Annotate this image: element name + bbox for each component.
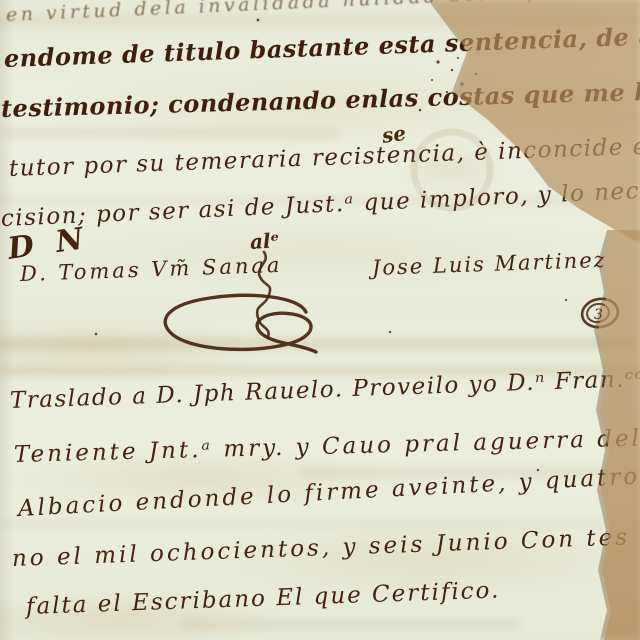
decree-line-2: Teniente Jnt.ᵃ mry. y Cauo pral aguerra … — [14, 426, 640, 468]
bleedthrough-band — [0, 338, 640, 349]
decree-line-4: no el mil ochocientos, y seis Junio Con … — [12, 524, 631, 572]
bleedthrough-band — [180, 620, 520, 629]
bleedthrough-band — [0, 128, 340, 138]
decree-line-5: falta el Escribano El que Certifico. — [26, 577, 501, 620]
manuscript-photo: en virtud dela invalidada nulidad del ex… — [0, 0, 640, 640]
signature-rubric-abbrev: alᵉ — [249, 228, 280, 254]
manuscript-line-5: cision; por ser asi de Just.ᵃ que implor… — [0, 177, 640, 232]
signature-right-name: Jose Luis Martinez — [372, 248, 608, 280]
